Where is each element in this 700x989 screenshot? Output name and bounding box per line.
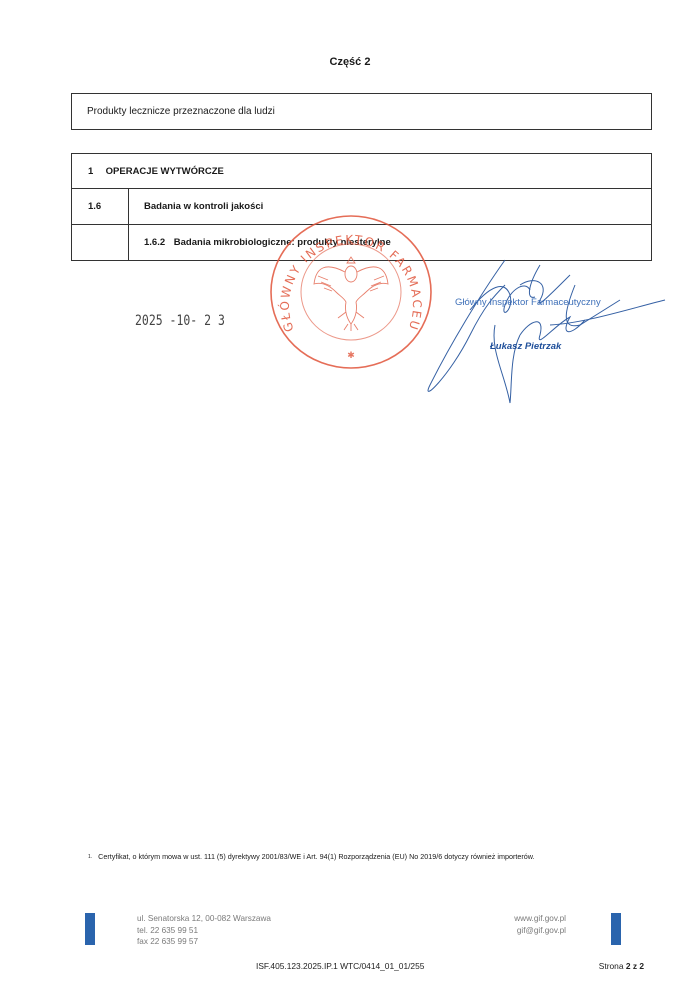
date-stamp: 2025 -10- 2 3 [135, 313, 225, 329]
section-heading: 1 OPERACJE WYTWÓRCZE [72, 154, 652, 189]
row-number [72, 225, 129, 261]
handwritten-signature-icon [410, 255, 670, 405]
row-number: 1.6 [72, 189, 129, 225]
document-reference: ISF.405.123.2025.IP.1 WTC/0414_01_01/255 [256, 961, 424, 971]
footer-contact: www.gif.gov.pl gif@gif.gov.pl [514, 913, 566, 936]
signatory-name: Łukasz Pietrzak [490, 341, 561, 352]
footer-accent-bar-right [611, 913, 621, 945]
products-label: Produkty lecznicze przeznaczone dla ludz… [87, 106, 275, 117]
footnote: 1.Certyfikat, o którym mowa w ust. 111 (… [88, 851, 636, 863]
footer-address: ul. Senatorska 12, 00-082 Warszawa tel. … [137, 913, 271, 948]
footnote-text: Certyfikat, o którym mowa w ust. 111 (5)… [98, 852, 534, 861]
table-row: 1 OPERACJE WYTWÓRCZE [72, 154, 652, 189]
page-number: Strona 2 z 2 [599, 961, 644, 971]
signatory-title: Główny Inspektor Farmaceutyczny [455, 297, 601, 308]
footnote-marker: 1. [88, 854, 92, 860]
email-link[interactable]: gif@gif.gov.pl [514, 925, 566, 937]
footer-accent-bar-left [85, 913, 95, 945]
svg-text:✱: ✱ [347, 350, 355, 360]
website-link[interactable]: www.gif.gov.pl [514, 913, 566, 925]
part-title: Część 2 [0, 56, 700, 68]
products-box: Produkty lecznicze przeznaczone dla ludz… [71, 93, 652, 130]
